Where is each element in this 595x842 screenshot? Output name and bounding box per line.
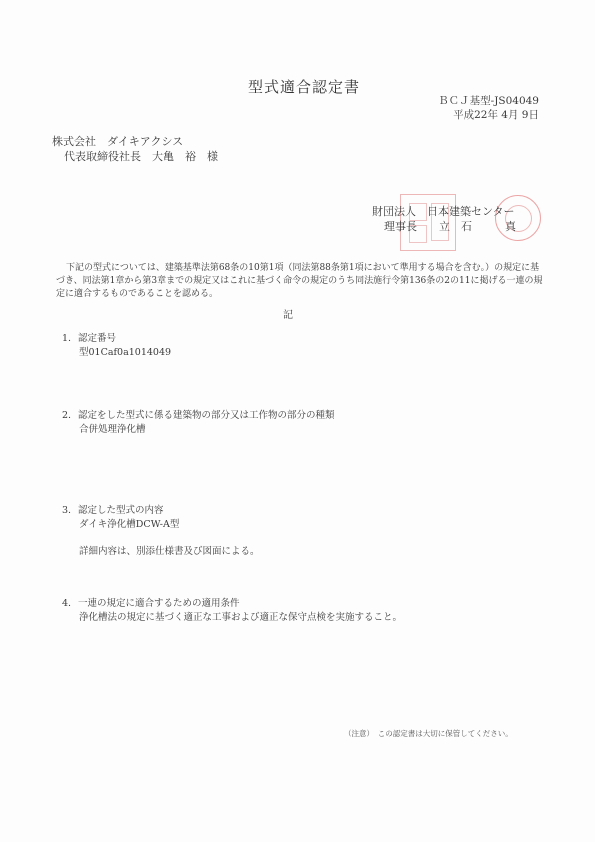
item-number: 3. xyxy=(62,504,78,518)
issuer-organization: 財団法人 日本建築センター xyxy=(372,204,516,219)
certificate-number: ＢＣＪ基型-JS04049 xyxy=(438,94,539,108)
recipient-representative: 代表取締役社長 大亀 裕 様 xyxy=(52,149,218,164)
item-building-part-type: 2.認定をした型式に係る建築物の部分又は工作物の部分の種類 合併処理浄化槽 xyxy=(62,409,335,437)
recipient-block: 株式会社 ダイキアクシス 代表取締役社長 大亀 裕 様 xyxy=(52,134,218,164)
issue-date: 平成22年 4月 9日 xyxy=(438,108,539,122)
item-heading: 認定番号 xyxy=(78,333,116,344)
issuer-signatory: 理事長 立 石 真 xyxy=(372,219,516,234)
document-header-info: ＢＣＪ基型-JS04049 平成22年 4月 9日 xyxy=(438,94,539,122)
ki-heading: 記 xyxy=(283,306,293,321)
item-value: 浄化槽法の規定に基づく適正な工事および適正な保守点検を実施すること。 xyxy=(62,611,402,625)
document-title: 型式適合認定書 xyxy=(248,76,360,97)
item-heading: 認定した型式の内容 xyxy=(78,505,164,516)
item-applicable-conditions: 4.一連の規定に適合するための適用条件 浄化槽法の規定に基づく適正な工事および適… xyxy=(62,597,402,625)
issuer-block: 財団法人 日本建築センター 理事長 立 石 真 xyxy=(372,204,516,234)
item-certification-number: 1.認定番号 型01Caf0a1014049 xyxy=(62,332,171,360)
statement-text: 下記の型式については、建築基準法第68条の10第1項（同法第88条第1項において… xyxy=(56,262,546,301)
item-heading: 一連の規定に適合するための適用条件 xyxy=(78,598,240,609)
footer-note: （注意） この認定書は大切に保管してください。 xyxy=(344,728,513,739)
item-value: 型01Caf0a1014049 xyxy=(62,346,171,360)
item-number: 1. xyxy=(62,332,78,346)
item-model-content: 3.認定した型式の内容 ダイキ浄化槽DCW-A型 詳細内容は、別添仕様書及び図面… xyxy=(62,504,260,559)
item-heading: 認定をした型式に係る建築物の部分又は工作物の部分の種類 xyxy=(78,410,335,421)
item-value: ダイキ浄化槽DCW-A型 xyxy=(62,518,260,532)
item-value: 合併処理浄化槽 xyxy=(62,423,335,437)
recipient-company: 株式会社 ダイキアクシス xyxy=(52,134,218,149)
item-extra: 詳細内容は、別添仕様書及び図面による。 xyxy=(62,545,260,559)
item-number: 2. xyxy=(62,409,78,423)
certification-statement: 下記の型式については、建築基準法第68条の10第1項（同法第88条第1項において… xyxy=(56,262,546,301)
item-number: 4. xyxy=(62,597,78,611)
